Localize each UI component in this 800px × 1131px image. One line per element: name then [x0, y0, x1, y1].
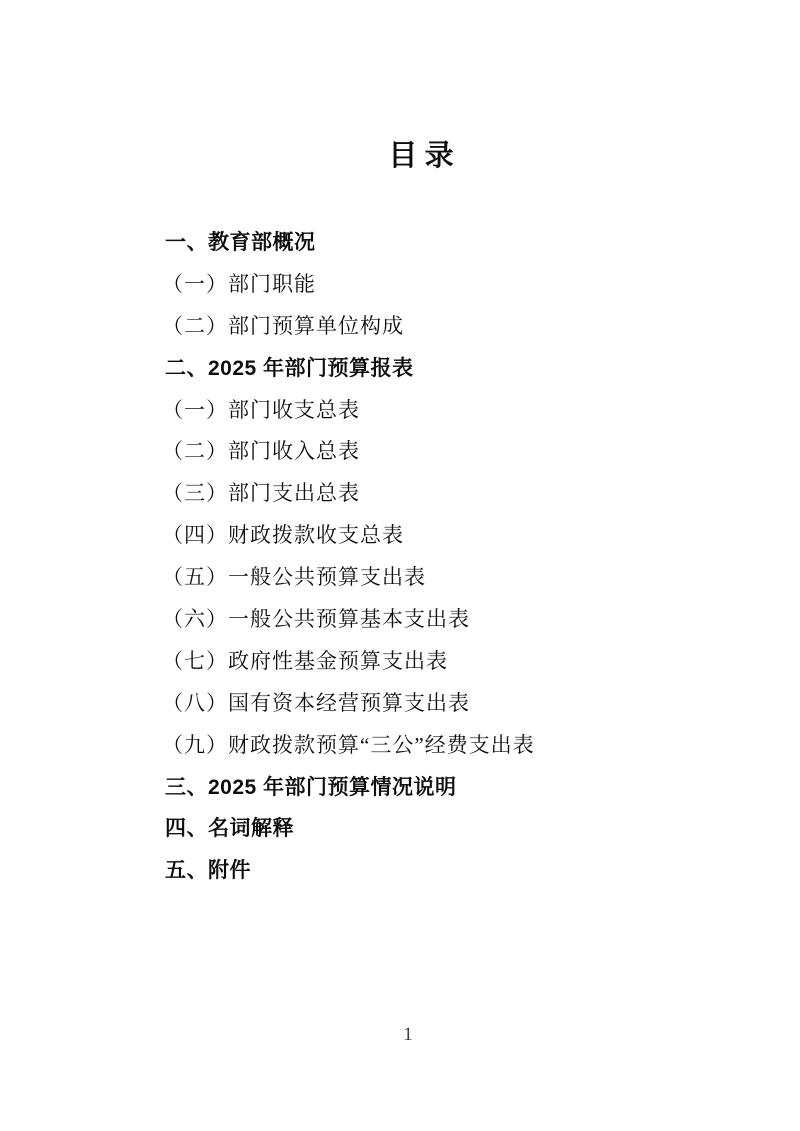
toc-item: （七）政府性基金预算支出表: [162, 641, 800, 683]
toc-item: 一、教育部概况: [165, 222, 800, 264]
toc-item: （二）部门预算单位构成: [162, 306, 800, 348]
toc-item: 三、2025 年部门预算情况说明: [165, 767, 800, 809]
toc-item: （三）部门支出总表: [162, 473, 800, 515]
page-title: 目 录: [21, 136, 800, 176]
toc-item: （一）部门收支总表: [162, 390, 800, 432]
toc-item: （八）国有资本经营预算支出表: [162, 683, 800, 725]
toc-item: 二、2025 年部门预算报表: [165, 348, 800, 390]
toc-item: （六）一般公共预算基本支出表: [162, 599, 800, 641]
toc-item: （二）部门收入总表: [162, 431, 800, 473]
toc-item: 四、名词解释: [165, 808, 800, 850]
toc-item: （一）部门职能: [162, 264, 800, 306]
table-of-contents: 一、教育部概况 （一）部门职能 （二）部门预算单位构成 二、2025 年部门预算…: [0, 222, 800, 892]
toc-item: 五、附件: [165, 850, 800, 892]
toc-item: （九）财政拨款预算“三公”经费支出表: [162, 725, 800, 767]
document-page: 目 录 一、教育部概况 （一）部门职能 （二）部门预算单位构成 二、2025 年…: [0, 0, 800, 1131]
page-number: 1: [8, 1024, 800, 1046]
toc-item: （五）一般公共预算支出表: [162, 557, 800, 599]
toc-item: （四）财政拨款收支总表: [162, 515, 800, 557]
